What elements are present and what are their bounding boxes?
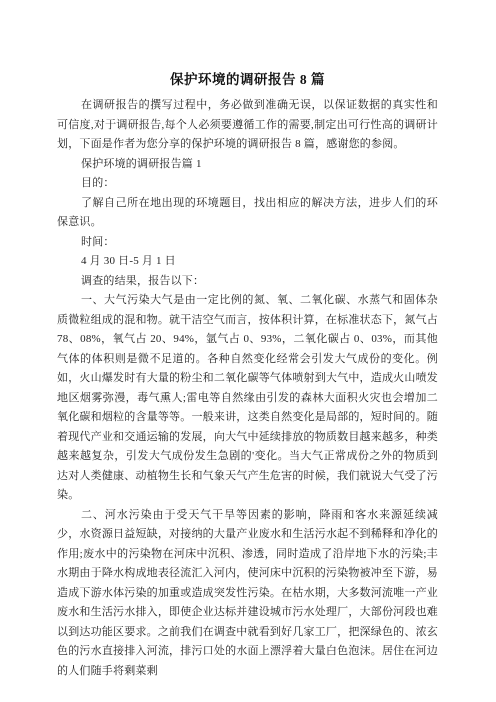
purpose-paragraph: 了解自己所在地出现的环境题目，找出相应的解决方法，进步人们的环保意识。 — [57, 194, 438, 233]
document-page: 保护环境的调研报告 8 篇 在调研报告的撰写过程中，务必做到准确无误，以保证数据… — [0, 0, 496, 702]
intro-paragraph: 在调研报告的撰写过程中，务必做到准确无误，以保证数据的真实性和可信度,对于调研报… — [57, 96, 438, 155]
purpose-label: 目的： — [57, 174, 438, 194]
results-lead-in: 调查的结果，报告以下： — [57, 272, 438, 292]
document-title: 保护环境的调研报告 8 篇 — [57, 70, 438, 90]
time-label: 时间： — [57, 233, 438, 253]
time-value: 4 月 30 日-5 月 1 日 — [57, 252, 438, 272]
report-1-heading: 保护环境的调研报告篇 1 — [57, 155, 438, 175]
document-body: 保护环境的调研报告 8 篇 在调研报告的撰写过程中，务必做到准确无误，以保证数据… — [57, 70, 438, 681]
section-1-air-pollution-paragraph: 一、大气污染大气是由一定比例的氮、氧、二氧化碳、水蒸气和固体杂质微粒组成的混和物… — [57, 291, 438, 506]
section-2-river-pollution-paragraph: 二、河水污染由于受天气干旱等因素的影响，降雨和客水来源延续减少，水资源日益短缺，… — [57, 506, 438, 682]
